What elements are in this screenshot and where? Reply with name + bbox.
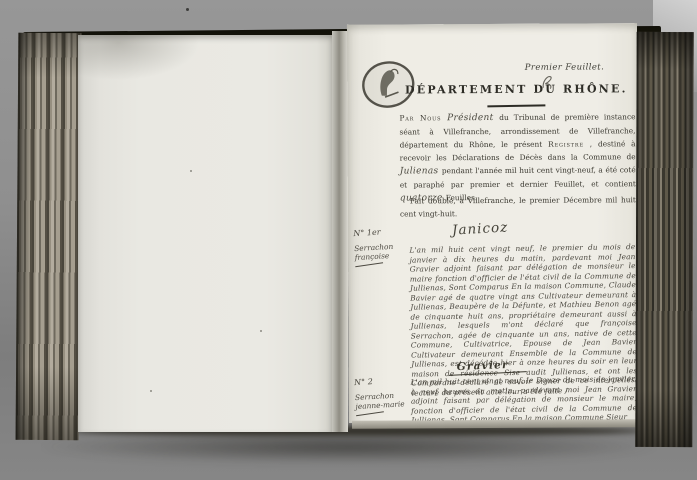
handwritten-commune: Julienas <box>400 166 442 176</box>
left-page-edges <box>16 33 82 440</box>
register-preamble: Par Nous Président du Tribunal de premiè… <box>399 110 635 205</box>
handwritten-president: Président <box>447 113 499 123</box>
right-page-edges <box>635 32 693 447</box>
book-scan: Premier Feuillet. DÉPARTEMENT DU RHÔNE. … <box>0 0 697 480</box>
left-blank-page <box>78 35 332 432</box>
page-title: DÉPARTEMENT DU RHÔNE. <box>397 82 635 96</box>
under-page-sliver <box>352 419 639 429</box>
preamble-registre: Registre <box>548 140 584 149</box>
paper-speck <box>260 330 262 332</box>
underline-flourish <box>355 262 383 267</box>
president-signature: Janicoz <box>452 219 509 238</box>
dust-speck <box>186 8 189 11</box>
book-gutter <box>332 31 348 432</box>
title-rule <box>487 104 545 106</box>
entry-2-margin-note: N° 2 Serrachon jeanne-marie <box>354 375 408 414</box>
entry-1-signature: Gravier <box>457 359 509 373</box>
entry-2-act-text: L'an mil huit cent vingt neuf, le Douze … <box>411 374 638 423</box>
underline-flourish <box>356 411 384 416</box>
preamble-par-nous: Par Nous <box>399 113 447 122</box>
entry-1-name: françoise <box>354 250 406 262</box>
register-page: Premier Feuillet. DÉPARTEMENT DU RHÔNE. … <box>347 23 639 423</box>
entry-2-number: N° 2 <box>354 375 406 387</box>
entry-1-number: N° 1er <box>353 226 405 238</box>
fait-double-clause: Fait double, à Villefranche, le premier … <box>400 193 636 220</box>
paper-speck <box>150 390 152 392</box>
folio-label: Premier Feuillet. <box>525 62 604 72</box>
entry-2-name: jeanne-marie <box>355 399 407 411</box>
paper-speck <box>190 170 192 172</box>
entry-1-margin-note: N° 1er Serrachon françoise <box>353 226 407 265</box>
